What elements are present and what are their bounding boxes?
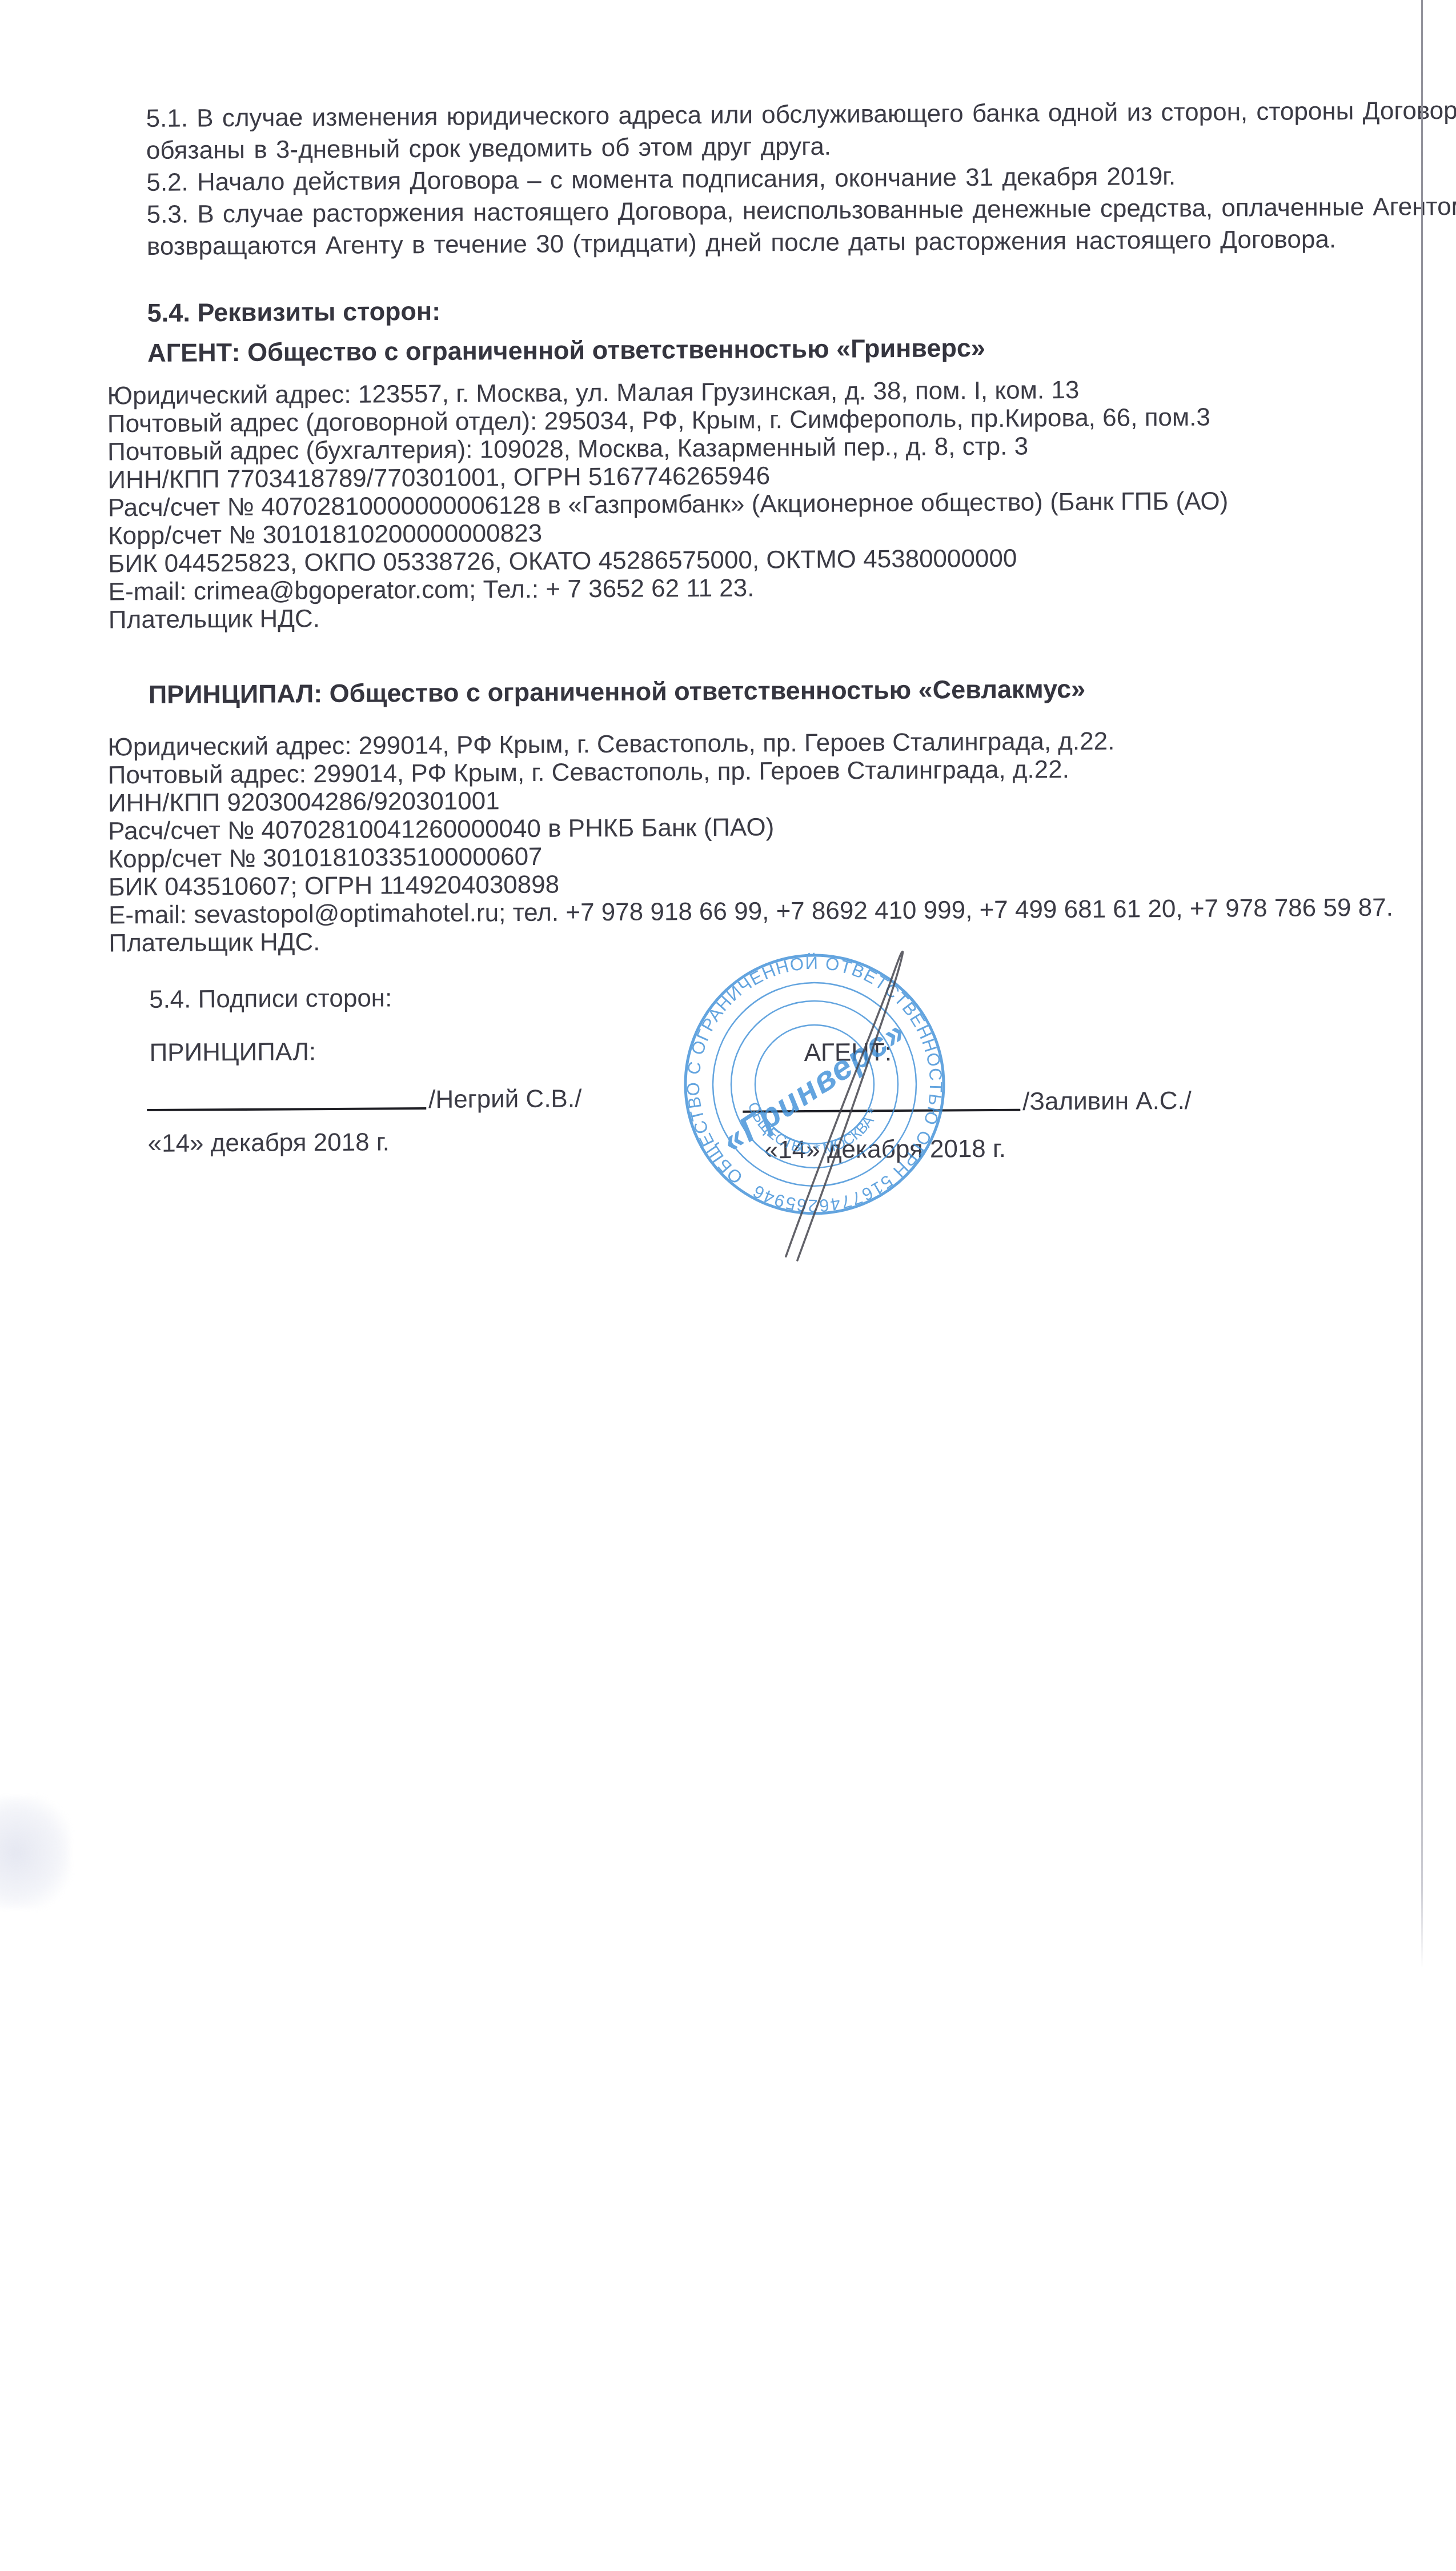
principal-heading: ПРИНЦИПАЛ: Общество с ограниченной ответ… <box>149 674 1086 710</box>
contract-clauses: 5.1. В случае изменения юридического адр… <box>146 95 1456 263</box>
principal-signature-line <box>147 1107 426 1111</box>
scanned-contract-page: 5.1. В случае изменения юридического адр… <box>0 0 1456 2571</box>
pen-stroke-path <box>784 951 905 1260</box>
requisites-heading: 5.4. Реквизиты сторон: <box>147 297 441 328</box>
handwritten-signature-stroke <box>759 930 926 1285</box>
agent-signature-name: /Заливин А.С./ <box>1022 1085 1192 1118</box>
principal-requisites: Юридический адрес: 299014, РФ Крым, г. С… <box>107 726 1393 958</box>
principal-date: «14» декабря 2018 г. <box>147 1126 390 1160</box>
scan-edge-artifact-line <box>1421 0 1423 1968</box>
agent-requisites: Юридический адрес: 123557, г. Москва, ул… <box>107 375 1229 634</box>
scan-smudge-artifact <box>0 1797 70 1908</box>
signatures-heading: 5.4. Подписи сторон: <box>149 982 392 1016</box>
principal-label: ПРИНЦИПАЛ: <box>149 1036 316 1069</box>
agent-heading: АГЕНТ: Общество с ограниченной ответстве… <box>147 333 985 368</box>
page-content: 5.1. В случае изменения юридического адр… <box>0 0 1456 2571</box>
principal-signature-name: /Негрий С.В./ <box>428 1083 582 1116</box>
